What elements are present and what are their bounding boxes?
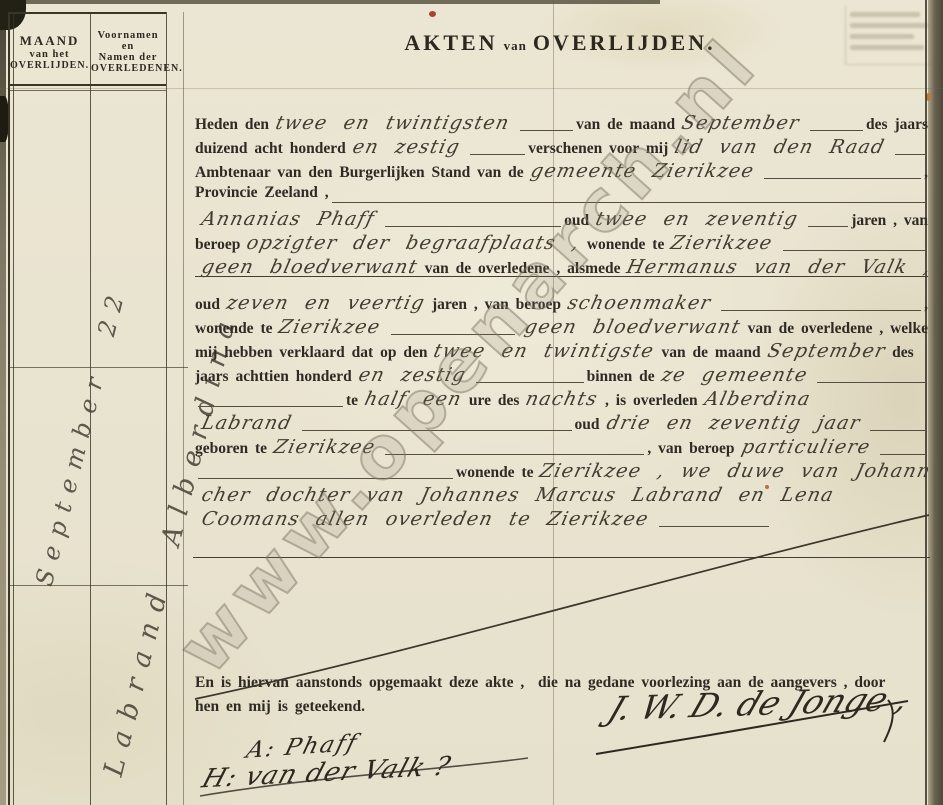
table-left-border-outer: [8, 12, 10, 805]
record-line: wonende teZierikzee , we duwe van Johann…: [195, 460, 928, 484]
record-line: duizend acht honderden zestigverschenen …: [195, 136, 928, 160]
header-line: MAAND: [10, 33, 89, 49]
handwritten-text: Zierikzee: [264, 436, 384, 458]
handwritten-text: Zierikzee , we duwe van Johannes Las: [531, 460, 928, 482]
header-underline-thin: [8, 90, 166, 91]
handwritten-text: Annanias Phaff: [195, 208, 384, 230]
column-header-names: Voornamen en Namen der OVERLEDENEN.: [91, 22, 165, 82]
printed-text: wonende te: [195, 320, 272, 338]
column-header-month: MAAND van het OVERLIJDEN.: [10, 22, 89, 82]
blank-rule: [198, 406, 343, 407]
blank-rule: [198, 478, 453, 479]
blank-rule: [810, 130, 863, 131]
printed-text: geboren te: [195, 440, 267, 458]
column-divider-2: [166, 12, 167, 805]
printed-text: oud: [564, 212, 589, 230]
handwritten-text: zeven en veertig: [217, 292, 434, 314]
printed-text: ure des: [469, 392, 520, 410]
printed-text: , van beroep: [647, 440, 734, 458]
handwritten-text: Hermanus van der Valk ,: [618, 256, 928, 278]
blank-rule: [659, 526, 769, 527]
record-line: Coomans allen overleden te Zierikzee: [195, 508, 928, 532]
blank-rule: [808, 226, 848, 227]
record-line: Annanias Phaffoudtwee en zeventigjaren ,…: [195, 208, 928, 232]
header-underline-thick: [8, 84, 166, 86]
printed-text: jaren , van: [851, 212, 928, 230]
handwritten-text: opzigter der begraafplaats ,: [238, 232, 590, 254]
printed-text: Provincie Zeeland ,: [195, 184, 329, 202]
printed-text: wonende te: [456, 464, 533, 482]
handwritten-text: half een: [356, 388, 472, 410]
handwritten-text: schoenmaker: [558, 292, 720, 314]
handwritten-text: en zestig: [349, 364, 475, 386]
handwritten-text: particuliere: [732, 436, 880, 458]
handwritten-text: drie en zeventig jaar: [597, 412, 870, 434]
handwritten-text: Zierikzee: [270, 316, 390, 338]
printed-text: ,: [924, 164, 928, 182]
header-line: Namen der: [91, 52, 165, 63]
record-line: Labrandouddrie en zeventig jaar: [195, 412, 928, 436]
section-rule: [193, 557, 930, 558]
printed-text: des jaars: [866, 116, 928, 134]
death-record-scan-page: MAAND van het OVERLIJDEN. Voornamen en N…: [0, 0, 943, 805]
handwritten-text: nachts: [517, 388, 608, 410]
handwritten-text: September: [758, 340, 895, 362]
printed-text: jaren , van beroep: [432, 296, 561, 314]
record-line: wonende teZierikzeegeen bloedverwantvan …: [195, 316, 928, 340]
printed-text: oud: [195, 296, 220, 314]
printed-text: van de maand: [576, 116, 675, 134]
blank-rule: [721, 310, 921, 311]
body-lines: Heden dentwee en twintigstenvan de maand…: [195, 112, 928, 532]
printed-text: van de overledene , welke: [748, 320, 928, 338]
record-line: jaars achttien honderden zestigbinnen de…: [195, 364, 928, 388]
record-line: oudzeven en veertigjaren , van beroepsch…: [195, 292, 928, 316]
blank-rule: [332, 202, 925, 203]
title-akten: AKTEN: [404, 30, 497, 55]
blank-rule: [391, 334, 515, 335]
header-line: OVERLEDENEN.: [91, 63, 165, 74]
record-line: Ambtenaar van den Burgerlijken Stand van…: [195, 160, 928, 184]
handwritten-text: geen bloedverwant: [195, 256, 427, 278]
title-van: van: [498, 38, 533, 53]
handwritten-text: ze gemeente: [652, 364, 817, 386]
header-line: OVERLIJDEN.: [10, 60, 89, 71]
printed-text: verschenen voor mij: [528, 140, 668, 158]
column-divider-3: [183, 12, 184, 805]
section-rule: [195, 276, 928, 277]
printed-text: wonende te: [587, 236, 664, 254]
record-line: cher dochter van Johannes Marcus Labrand…: [195, 484, 928, 508]
table-top-border: [8, 12, 166, 14]
red-speck: [429, 11, 436, 17]
handwritten-text: twee en twintigste: [425, 340, 664, 362]
printed-text: mij hebben verklaard dat op den: [195, 344, 427, 362]
printed-text: beroep: [195, 236, 240, 254]
blank-rule: [302, 430, 572, 431]
blank-space-cancel-stroke: [195, 515, 929, 699]
printed-text: binnen de: [587, 368, 655, 386]
record-line: Heden dentwee en twintigstenvan de maand…: [195, 112, 928, 136]
handwritten-text: Labrand: [195, 412, 302, 434]
printed-text: duizend acht honderd: [195, 140, 346, 158]
printed-text: des: [892, 344, 914, 362]
printed-text: Heden den: [195, 116, 269, 134]
handwritten-text: en zestig: [343, 136, 469, 158]
handwritten-text: gemeente Zierikzee: [521, 160, 763, 182]
record-line: Provincie Zeeland ,: [195, 184, 928, 208]
printed-text: , is overleden: [605, 392, 698, 410]
blank-rule: [870, 430, 925, 431]
margin-death-date: September 22: [30, 283, 132, 588]
blank-rule: [764, 178, 921, 179]
printed-text: ,: [924, 296, 928, 314]
record-line: mij hebben verklaard dat op dentwee en t…: [195, 340, 928, 364]
handwritten-text: Coomans allen overleden te Zierikzee: [195, 508, 658, 530]
horizontal-fold-crease: [0, 88, 943, 89]
scan-edge-top: [0, 0, 660, 4]
scan-edge-right: [928, 0, 943, 805]
handwritten-text: twee en twintigsten: [267, 112, 520, 134]
blank-rule: [476, 382, 584, 383]
record-line: tehalf eenure desnachts, is overledenAlb…: [195, 388, 928, 412]
handwritten-text: twee en zeventig: [587, 208, 808, 230]
printed-text: jaars achttien honderd: [195, 368, 352, 386]
blank-rule: [385, 454, 644, 455]
printed-text: van de maand: [662, 344, 761, 362]
record-line: beroepopzigter der begraafplaats ,wonend…: [195, 232, 928, 256]
page-title: AKTENvanOVERLIJDEN.: [320, 30, 800, 56]
handwritten-text: Zierikzee: [662, 232, 782, 254]
handwritten-text: cher dochter van Johannes Marcus Labrand…: [195, 484, 844, 506]
handwritten-text: Alberdina: [695, 388, 820, 410]
record-line: geboren teZierikzee, van beroepparticuli…: [195, 436, 928, 460]
header-line: Voornamen en: [91, 30, 165, 52]
printed-text: Ambtenaar van den Burgerlijken Stand van…: [195, 164, 524, 182]
handwritten-text: September: [673, 112, 810, 134]
handwritten-text: lid van den Raad: [666, 136, 895, 158]
title-overlijden: OVERLIJDEN.: [533, 30, 716, 55]
table-left-border-inner: [13, 12, 14, 805]
blank-rule: [880, 454, 925, 455]
blank-rule: [520, 130, 573, 131]
blank-rule: [895, 154, 925, 155]
blank-rule: [783, 250, 925, 251]
blank-rule: [470, 154, 525, 155]
printed-text: oud: [575, 416, 600, 434]
blank-rule: [385, 226, 562, 227]
handwritten-text: geen bloedverwant: [515, 316, 750, 338]
declarant2-signature: H: van der Valk ?: [198, 752, 454, 795]
blank-rule: [817, 382, 925, 383]
header-line: van het: [10, 49, 89, 60]
